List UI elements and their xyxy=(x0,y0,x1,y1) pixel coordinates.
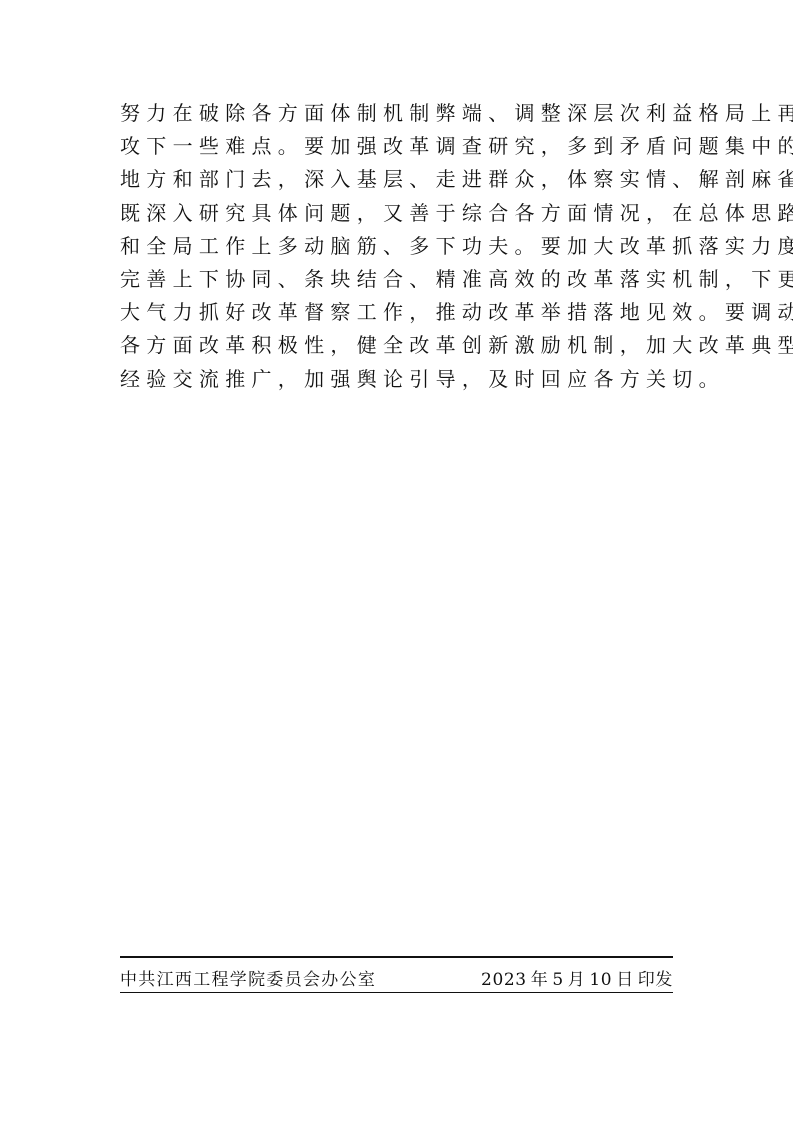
paragraph-line: 完善上下协同、条块结合、精准高效的改革落实机制，下更 xyxy=(120,263,676,296)
paragraph-line: 努力在破除各方面体制机制弊端、调整深层次利益格局上再 xyxy=(120,97,676,130)
month-unit: 月 xyxy=(568,968,586,992)
year-unit: 年 xyxy=(531,968,549,992)
document-page: 努力在破除各方面体制机制弊端、调整深层次利益格局上再 攻下一些难点。要加强改革调… xyxy=(0,0,793,1122)
body-paragraph: 努力在破除各方面体制机制弊端、调整深层次利益格局上再 攻下一些难点。要加强改革调… xyxy=(120,97,676,396)
issue-month: 5 xyxy=(552,968,563,992)
issuance-footer: 中共江西工程学院委员会办公室 2023年5月10日印发 xyxy=(120,968,673,993)
issue-date: 2023年5月10日印发 xyxy=(481,968,673,992)
issue-suffix: 印发 xyxy=(638,968,673,992)
issue-day: 10 xyxy=(589,968,612,992)
paragraph-line: 既深入研究具体问题，又善于综合各方面情况，在总体思路 xyxy=(120,197,676,230)
paragraph-line: 和全局工作上多动脑筋、多下功夫。要加大改革抓落实力度， xyxy=(120,230,676,263)
footer-divider xyxy=(120,956,673,958)
paragraph-line: 各方面改革积极性，健全改革创新激励机制，加大改革典型 xyxy=(120,329,676,362)
paragraph-line: 地方和部门去，深入基层、走进群众，体察实情、解剖麻雀， xyxy=(120,163,676,196)
paragraph-line: 攻下一些难点。要加强改革调查研究，多到矛盾问题集中的 xyxy=(120,130,676,163)
day-unit: 日 xyxy=(616,968,634,992)
paragraph-line: 经验交流推广，加强舆论引导，及时回应各方关切。 xyxy=(120,363,676,396)
issue-year: 2023 xyxy=(481,968,527,992)
issuing-office: 中共江西工程学院委员会办公室 xyxy=(120,968,376,992)
paragraph-line: 大气力抓好改革督察工作，推动改革举措落地见效。要调动 xyxy=(120,296,676,329)
